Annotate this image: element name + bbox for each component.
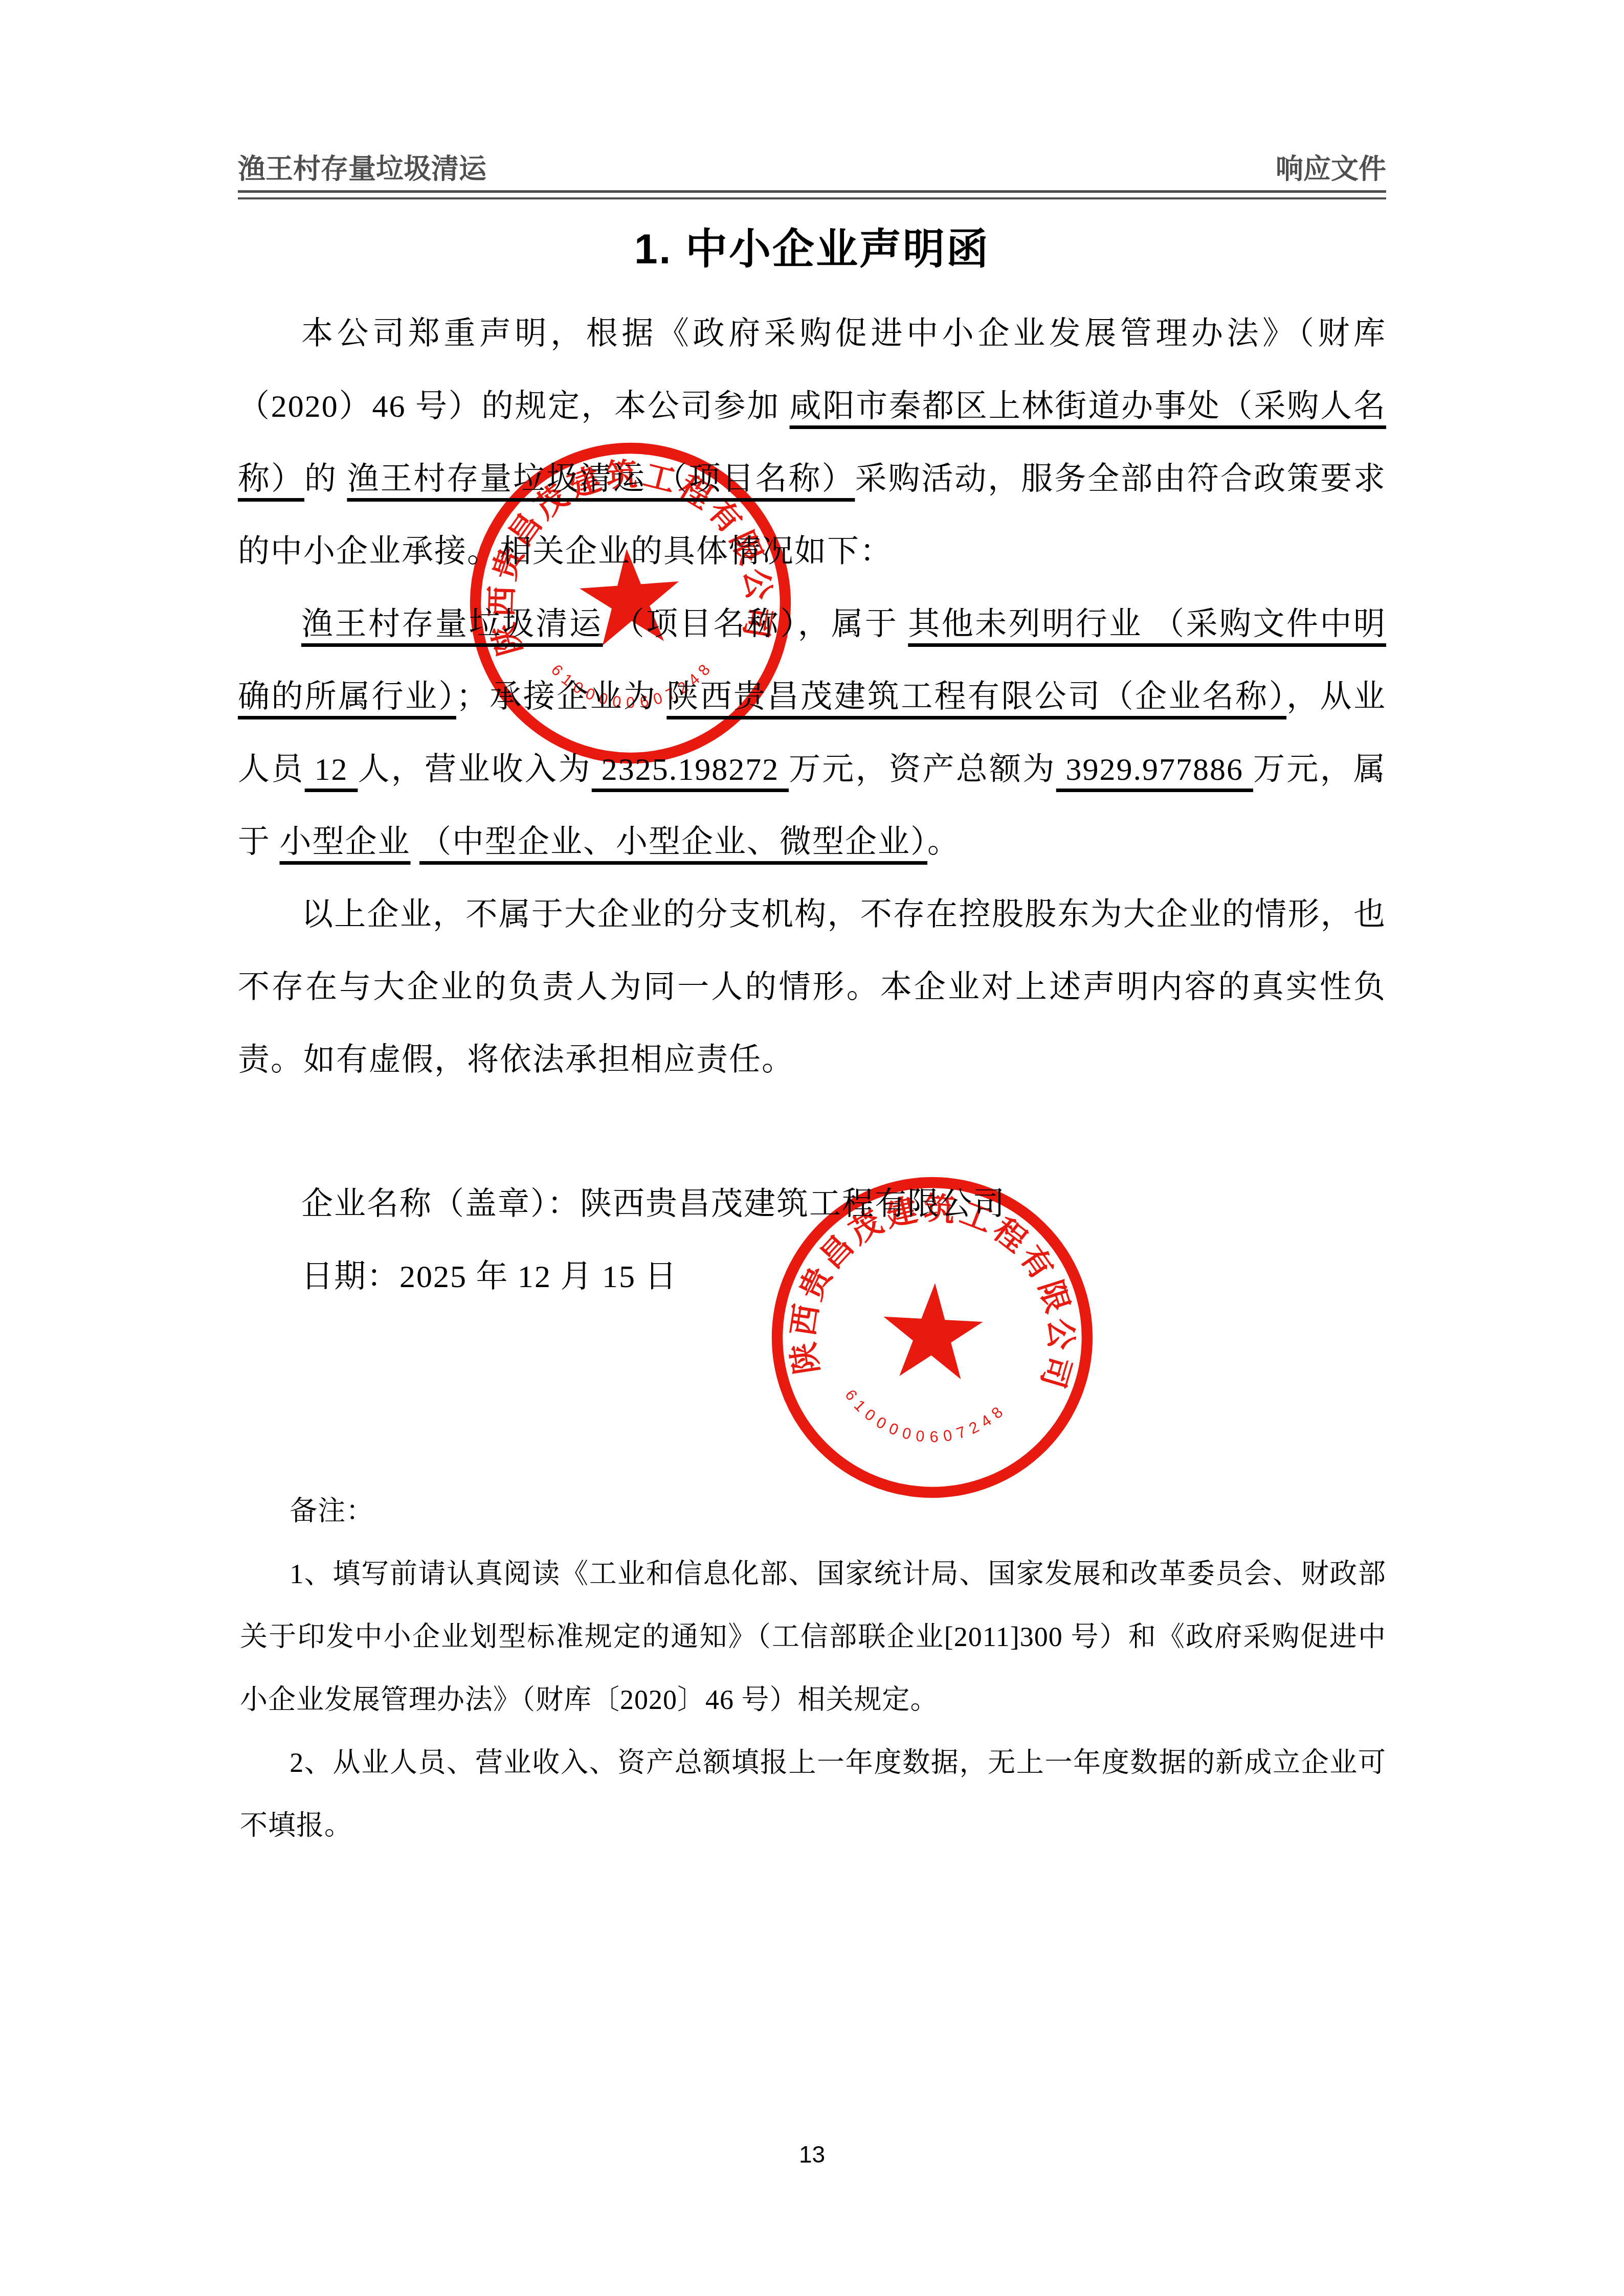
note-item-2: 2、从业人员、营业收入、资产总额填报上一年度数据，无上一年度数据的新成立企业可不… xyxy=(240,1731,1386,1857)
text-segment: 以上企业，不属于大企业的分支机构，不存在控股股东为大企业的情形，也不存在与大企业… xyxy=(238,897,1386,1077)
text-segment xyxy=(411,825,420,860)
page-header: 渔王村存量垃圾清运 响应文件 xyxy=(238,0,1386,185)
signature-date-line: 日期：2025 年 12 月 15 日 xyxy=(238,1241,1386,1314)
text-segment: 人，营业收入为 xyxy=(358,752,591,787)
text-segment: （项目名称），属于 xyxy=(603,607,908,642)
filled-blank: 12 xyxy=(305,752,358,787)
header-rule xyxy=(238,190,1386,199)
signature-company-line: 企业名称（盖章）：陕西贵昌茂建筑工程有限公司 xyxy=(238,1168,1386,1241)
filled-blank: 渔王村存量垃圾清运 xyxy=(301,607,603,642)
notes-label: 备注： xyxy=(240,1480,1386,1543)
document-title: 1. 中小企业声明函 xyxy=(238,216,1386,276)
text-segment: 。 xyxy=(927,825,960,860)
filled-blank: 3929.977886 xyxy=(1056,752,1253,787)
text-segment: 的 xyxy=(304,462,347,497)
paragraph-declaration: 本公司郑重声明，根据《政府采购促进中小企业发展管理办法》（财库（2020）46 … xyxy=(238,298,1386,589)
notes-section: 备注： 1、填写前请认真阅读《工业和信息化部、国家统计局、国家发展和改革委员会、… xyxy=(240,1480,1386,1858)
filled-blank: 渔王村存量垃圾清运 （项目名称） xyxy=(347,462,855,497)
page-number: 13 xyxy=(0,2141,1624,2168)
header-doc-type: 响应文件 xyxy=(1276,153,1386,185)
text-segment: ；承接企业为 xyxy=(456,680,666,714)
paragraph-enterprise-info: 渔王村存量垃圾清运 （项目名称），属于 其他未列明行业 （采购文件中明确的所属行… xyxy=(238,589,1386,879)
text-segment: 万元，资产总额为 xyxy=(789,752,1056,787)
document-page: 渔王村存量垃圾清运 响应文件 1. 中小企业声明函 本公司郑重声明，根据《政府采… xyxy=(0,0,1624,2296)
filled-blank: 2325.198272 xyxy=(592,752,789,787)
filled-blank: 陕西贵昌茂建筑工程有限公司（企业名称） xyxy=(666,680,1286,714)
document-body: 本公司郑重声明，根据《政府采购促进中小企业发展管理办法》（财库（2020）46 … xyxy=(238,298,1386,1314)
filled-blank: （中型企业、小型企业、微型企业） xyxy=(419,825,927,860)
paragraph-commitment: 以上企业，不属于大企业的分支机构，不存在控股股东为大企业的情形，也不存在与大企业… xyxy=(238,879,1386,1097)
page-content: 渔王村存量垃圾清运 响应文件 1. 中小企业声明函 本公司郑重声明，根据《政府采… xyxy=(238,0,1386,1857)
header-project-name: 渔王村存量垃圾清运 xyxy=(238,153,486,185)
filled-blank: 小型企业 xyxy=(280,825,411,860)
note-item-1: 1、填写前请认真阅读《工业和信息化部、国家统计局、国家发展和改革委员会、财政部关… xyxy=(240,1543,1386,1731)
